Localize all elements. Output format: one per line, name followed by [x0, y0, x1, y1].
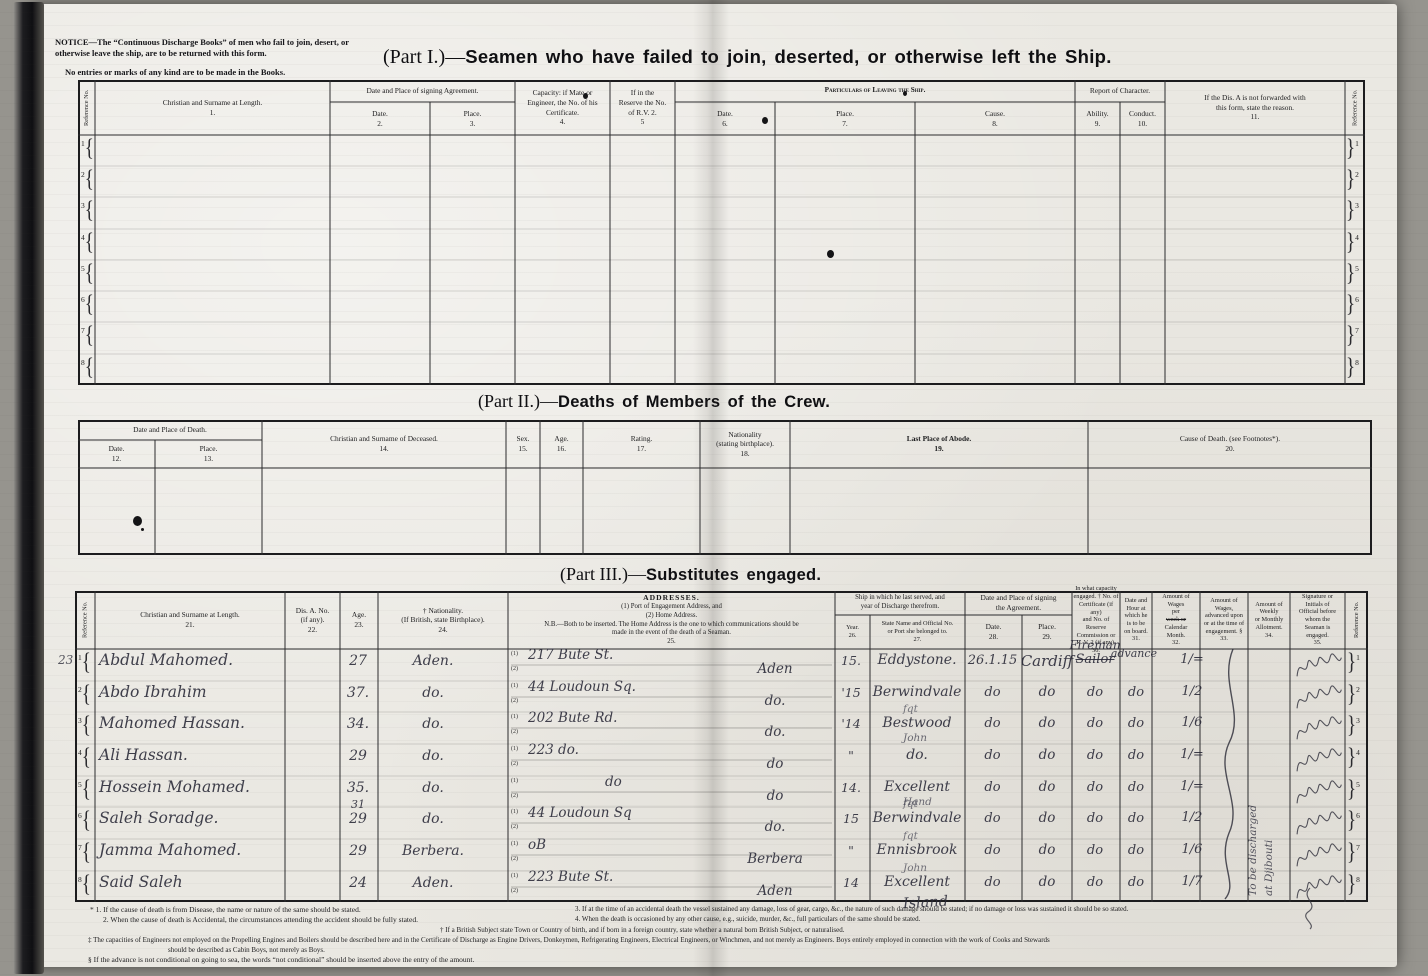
- table-row: 1{ }1: [78, 135, 1365, 166]
- discharge-year: '15: [831, 685, 871, 700]
- age-value: 29: [338, 811, 378, 827]
- row-ref-left: 1{: [78, 653, 91, 673]
- capacity-value: do: [1070, 875, 1120, 890]
- ship-annotation-above: fqt: [903, 798, 918, 810]
- agreement-place-value: do: [1020, 747, 1074, 763]
- part1-title-text: Seamen who have failed to join, deserted…: [465, 46, 1112, 67]
- advance-amount: 1/=: [1165, 652, 1219, 667]
- nationality-value: do.: [378, 748, 488, 764]
- place-header: Place. 3.: [430, 102, 515, 135]
- nationality-header: Nationality (stating birthplace). 18.: [700, 420, 790, 468]
- age-correction: 31: [341, 798, 375, 811]
- row-ref-right: }4: [1347, 748, 1360, 768]
- footnote-dagger: † If a British Subject state Town or Cou…: [440, 926, 844, 934]
- part1-label: (Part I.)—: [383, 46, 465, 68]
- agreement-group-header: Date and Place of signing the Agreement.: [965, 591, 1072, 615]
- row-ref-left: 1{: [81, 139, 94, 159]
- address-line2-label: (2): [511, 824, 518, 830]
- ink-blot: [583, 93, 588, 99]
- reference-no-header-right: Reference No.: [1345, 591, 1368, 649]
- discharge-year: 14: [831, 875, 871, 890]
- agreement-date-value: do: [963, 716, 1022, 731]
- row-ref-right: }7: [1346, 326, 1359, 346]
- address-line1-value: 44 Loudoun Sq: [528, 805, 632, 821]
- seaman-name: Abdo Ibrahim: [99, 683, 289, 701]
- row-ref-right: }8: [1347, 875, 1360, 895]
- ink-blot: [133, 516, 142, 526]
- row-ref-right: }4: [1346, 233, 1359, 253]
- row-ref-left: 5{: [81, 264, 94, 284]
- row-ref-right: }2: [1347, 685, 1360, 705]
- seaman-name: Said Saleh: [99, 873, 289, 891]
- substitute-name-header: Christian and Surname at Length. 21.: [95, 591, 285, 649]
- nationality-value: Aden.: [378, 875, 488, 891]
- ship-name-header: State Name and Official No. or Port she …: [870, 615, 965, 649]
- on-board-value: do: [1118, 875, 1154, 890]
- age-value: 34.: [338, 716, 378, 732]
- age-value: 37.: [338, 685, 378, 701]
- sex-header: Sex. 15.: [506, 420, 540, 468]
- row-ref-left: 4{: [78, 748, 91, 768]
- cause-header: Cause. 8.: [915, 102, 1075, 135]
- signature-overflow: [1298, 886, 1322, 930]
- discharge-year: 15: [831, 811, 871, 826]
- ability-header: Ability. 9.: [1075, 102, 1120, 135]
- ship-annotation-above: John: [903, 862, 927, 874]
- table-row: 4{ Ali Hassan. 29 do. (1) 223 do. (2) do…: [75, 744, 1368, 775]
- nationality-value: Berbera.: [378, 843, 488, 859]
- last-ship-name: Berwindvale: [868, 684, 966, 700]
- address-line2-value: do: [715, 756, 835, 772]
- part2-table: Date and Place of Death. Date. 12. Place…: [78, 420, 1372, 555]
- seaman-name: Ali Hassan.: [99, 746, 289, 764]
- address-line2-label: (2): [511, 698, 518, 704]
- address-line1-label: (1): [511, 651, 518, 657]
- footnote-4: 4. When the death is occasioned by any o…: [575, 915, 920, 923]
- agreement-place-value: do: [1020, 779, 1074, 795]
- reference-no-header-right: Reference No.: [1345, 80, 1365, 135]
- row-ref-right: }7: [1347, 843, 1360, 863]
- agreement-place-value: do: [1020, 842, 1074, 858]
- address-line2-value: do.: [715, 693, 835, 709]
- seaman-name: Mahomed Hassan.: [99, 714, 289, 732]
- capacity-header: Capacity: if Mate or Engineer, the No. o…: [515, 80, 610, 135]
- address-line1-label: (1): [511, 714, 518, 720]
- row-ref-right: }3: [1347, 716, 1360, 736]
- table-row: 8{ Said Saleh 24 Aden. (1) 223 Bute St. …: [75, 871, 1368, 902]
- agreement-date-value: do: [963, 748, 1022, 763]
- table-row: 1{ Abdul Mahomed. 27 Aden. (1) 217 Bute …: [75, 649, 1368, 680]
- capacity-value: do: [1070, 811, 1120, 826]
- agreement-place-value: do: [1020, 874, 1074, 890]
- address-line1-label: (1): [511, 873, 518, 879]
- row-ref-left: 3{: [81, 201, 94, 221]
- address-line1-value: 223 Bute St.: [528, 869, 613, 885]
- part3-label: (Part III.)—: [560, 564, 646, 584]
- row-ref-left: 6{: [78, 811, 91, 831]
- advance-amount: 1/2: [1165, 684, 1219, 699]
- capacity-value: do: [1070, 780, 1120, 795]
- rating-header: Rating. 17.: [583, 420, 700, 468]
- official-signature: [1293, 713, 1345, 743]
- row-ref-left: 5{: [78, 780, 91, 800]
- advance-amount: 1/2: [1165, 810, 1219, 825]
- seaman-name: Jamma Mahomed.: [99, 841, 289, 859]
- notice-line1: NOTICE—The “Continuous Discharge Books” …: [55, 37, 355, 59]
- address-line1-value: 223 do.: [528, 742, 579, 758]
- address-line1-label: (1): [511, 809, 518, 815]
- part2-title-text: Deaths of Members of the Crew.: [558, 393, 830, 411]
- capacity-value: do: [1070, 843, 1120, 858]
- address-line1-label: (1): [511, 683, 518, 689]
- address-line2-label: (2): [511, 666, 518, 672]
- address-line2-label: (2): [511, 888, 518, 894]
- ink-blot: [762, 117, 768, 124]
- on-board-value: do: [1118, 685, 1154, 700]
- footnote-double-dagger: ‡ The capacities of Engineers not employ…: [88, 936, 1050, 944]
- row-ref-right: }3: [1346, 201, 1359, 221]
- advance-header: Amount of Wages, advanced upon or at the…: [1200, 591, 1248, 649]
- part3-table: Reference No. Christian and Surname at L…: [75, 591, 1368, 902]
- death-place-header: Place. 13.: [155, 440, 262, 468]
- reference-no-header-left: Reference No.: [75, 591, 95, 649]
- table-row: 8{ }8: [78, 354, 1365, 385]
- address-line2-value: Aden: [715, 661, 835, 677]
- conduct-header: Conduct. 10.: [1120, 102, 1165, 135]
- address-line1-value: 217 Bute St.: [528, 647, 613, 663]
- footnote-2: 2. When the cause of death is Accidental…: [103, 915, 418, 924]
- nationality-value: do.: [378, 811, 488, 827]
- agreement-place-value: do: [1020, 810, 1074, 826]
- agreement-place-value: Cardiff: [1020, 652, 1074, 670]
- on-board-value: do: [1118, 716, 1154, 731]
- agreement-date-header: Date. 28.: [965, 615, 1022, 649]
- character-group-header: Report of Character.: [1075, 80, 1165, 102]
- ship-annotation-below: John: [903, 732, 927, 744]
- address-line1-value: oB: [528, 837, 546, 853]
- cause-of-death-header: Cause of Death. (see Footnotes*). 20.: [1088, 420, 1372, 468]
- official-signature: [1293, 777, 1345, 807]
- row-ref-right: }1: [1347, 653, 1360, 673]
- last-ship-name: Ennisbrook: [868, 842, 966, 858]
- addresses-header-body: (1) Port of Engagement Address, and (2) …: [544, 603, 799, 647]
- notice-block: NOTICE—The “Continuous Discharge Books” …: [55, 37, 355, 78]
- age-value: 29: [338, 748, 378, 764]
- row-ref-left: 8{: [78, 875, 91, 895]
- table-row: 4{ }4: [78, 229, 1365, 260]
- disa-header: Dis. A. No. (if any). 22.: [285, 591, 340, 649]
- discharge-year: '14: [831, 716, 871, 731]
- nationality-value: do.: [378, 780, 488, 796]
- agreement-date-value: do: [963, 875, 1022, 890]
- row-ref-left: 6{: [81, 295, 94, 315]
- row-ref-right: }6: [1347, 811, 1360, 831]
- agreement-date-value: do: [963, 843, 1022, 858]
- table-row: 2{ }2: [78, 166, 1365, 197]
- last-ship-name: Berwindvale: [868, 810, 966, 826]
- advance-amount: 1/=: [1165, 747, 1219, 762]
- wages-note: advance: [1105, 647, 1163, 660]
- advance-amount: 1/=: [1165, 779, 1219, 794]
- footnote-3: 3. If at the time of an accidental death…: [575, 905, 1128, 913]
- address-line2-label: (2): [511, 761, 518, 767]
- agreement-date-value: do: [963, 780, 1022, 795]
- last-ship-name: Eddystone.: [868, 652, 966, 668]
- official-signature: [1293, 808, 1345, 838]
- table-row: 3{ Mahomed Hassan. 34. do. (1) 202 Bute …: [75, 712, 1368, 743]
- part2-title: (Part II.)—Deaths of Members of the Crew…: [478, 391, 830, 412]
- row-ref-right: }5: [1346, 264, 1359, 284]
- nationality-header: † Nationality. (If British, state Birthp…: [378, 591, 508, 649]
- last-ship-name: do.: [868, 747, 966, 763]
- death-date-header: Date. 12.: [78, 440, 155, 468]
- address-line1-label: (1): [511, 841, 518, 847]
- capacity-value: do: [1070, 716, 1120, 731]
- age-value: 29: [338, 843, 378, 859]
- place7-header: Place. 7.: [775, 102, 915, 135]
- reason-header: If the Dis. A is not forwarded with this…: [1165, 80, 1345, 135]
- agreement-date-value: do: [963, 811, 1022, 826]
- discharge-year: 14.: [831, 780, 871, 795]
- address-line2-value: do.: [715, 819, 835, 835]
- last-ship-group-header: Ship in which he last served, and year o…: [835, 591, 965, 615]
- age-value: 35.: [338, 780, 378, 796]
- ink-blot: [827, 250, 834, 258]
- table-row: 6{ }6: [78, 291, 1365, 322]
- last-ship-name: Bestwood: [868, 715, 966, 731]
- addresses-header: ADDRESSES. (1) Port of Engagement Addres…: [508, 591, 835, 649]
- table-row: 2{ Abdo Ibrahim 37. do. (1) 44 Loudoun S…: [75, 681, 1368, 712]
- agreement-place-value: do: [1020, 684, 1074, 700]
- age-header: Age. 16.: [540, 420, 583, 468]
- part1-title: (Part I.)—Seamen who have failed to join…: [383, 46, 1112, 69]
- address-line2-value: Aden: [715, 883, 835, 899]
- on-board-value: do: [1118, 811, 1154, 826]
- name-header: Christian and Surname at Length. 1.: [95, 80, 330, 135]
- row-ref-right: }5: [1347, 780, 1360, 800]
- reference-no-header-left: Reference No.: [78, 80, 95, 135]
- on-board-value: do: [1118, 780, 1154, 795]
- official-signature: [1293, 650, 1345, 680]
- allotment-header: Amount of Weekly or Monthly Allotment. 3…: [1248, 591, 1290, 649]
- address-line2-value: do: [715, 788, 835, 804]
- row-ref-right: }6: [1346, 295, 1359, 315]
- part1-table: Reference No. Christian and Surname at L…: [78, 80, 1365, 385]
- row-ref-left: 8{: [81, 358, 94, 378]
- wages-header-struck: week or: [1166, 616, 1186, 624]
- address-line1-label: (1): [511, 746, 518, 752]
- table-row: 3{ }3: [78, 197, 1365, 228]
- address-line1-value: 202 Bute Rd.: [528, 710, 617, 726]
- wages-header-b: Calendar Month. 32.: [1165, 624, 1188, 647]
- discharge-year: 15.: [831, 653, 871, 668]
- table-row: 7{ Jamma Mahomed. 29 Berbera. (1) oB (2)…: [75, 839, 1368, 870]
- age-value: 24: [338, 875, 378, 891]
- ship-annotation-above: fqt: [903, 830, 918, 842]
- address-line2-label: (2): [511, 729, 518, 735]
- abode-header: Last Place of Abode. 19.: [790, 420, 1088, 468]
- address-line2-label: (2): [511, 793, 518, 799]
- table-row: 6{ Saleh Soradge. 29 31 do. (1) 44 Loudo…: [75, 807, 1368, 838]
- address-line2-label: (2): [511, 856, 518, 862]
- row-ref-right: }2: [1346, 170, 1359, 190]
- address-line2-value: do.: [715, 724, 835, 740]
- row-ref-left: 7{: [78, 843, 91, 863]
- row-ref-left: 3{: [78, 716, 91, 736]
- seaman-name: Hossein Mohamed.: [99, 778, 289, 796]
- footnote-double-dagger-cont: should be described as Cabin Boys, not m…: [168, 946, 325, 954]
- row-ref-right: }1: [1346, 139, 1359, 159]
- agreement-group-header: Date and Place of signing Agreement.: [330, 80, 515, 102]
- nationality-value: Aden.: [378, 653, 488, 669]
- row-ref-right: }8: [1346, 358, 1359, 378]
- page-binding-shadow: [13, 2, 44, 974]
- part2-label: (Part II.)—: [478, 391, 558, 411]
- age-header: Age. 23.: [340, 591, 378, 649]
- row-ref-left: 7{: [81, 326, 94, 346]
- row-ref-left: 4{: [81, 233, 94, 253]
- capacity-value: do: [1070, 685, 1120, 700]
- discharge-year: ": [831, 843, 871, 858]
- official-signature: [1293, 745, 1345, 775]
- scanned-crew-agreement-form: NOTICE—The “Continuous Discharge Books” …: [0, 0, 1428, 976]
- seaman-name: Abdul Mahomed.: [99, 651, 289, 669]
- addresses-header-title: ADDRESSES.: [643, 593, 700, 603]
- year-header: Year. 26.: [835, 615, 870, 649]
- on-board-value: do: [1118, 843, 1154, 858]
- capacity-value: do: [1070, 748, 1120, 763]
- footnote-1: * 1. If the cause of death is from Disea…: [90, 905, 361, 914]
- official-signature: [1293, 840, 1345, 870]
- agreement-date-value: do: [963, 685, 1022, 700]
- nationality-value: do.: [378, 685, 488, 701]
- discharge-year: ": [831, 748, 871, 763]
- age-value: 27: [338, 653, 378, 669]
- official-signature: [1293, 682, 1345, 712]
- date6-header: Date. 6.: [675, 102, 775, 135]
- address-line1-label: (1): [511, 778, 518, 784]
- advance-amount: 1/6: [1165, 715, 1219, 730]
- row-ref-left: 2{: [78, 685, 91, 705]
- margin-note: 23: [58, 653, 73, 667]
- address-line1-value: do: [605, 774, 622, 790]
- part3-title: (Part III.)—Substitutes engaged.: [560, 564, 821, 585]
- ship-annotation-above: fqt: [903, 703, 918, 715]
- last-ship-name: Excellent: [868, 779, 966, 795]
- row-ref-left: 2{: [81, 170, 94, 190]
- footnote-section: § If the advance is not conditional on g…: [88, 955, 474, 964]
- deceased-name-header: Christian and Surname of Deceased. 14.: [262, 420, 506, 468]
- notice-line2: No entries or marks of any kind are to b…: [65, 67, 355, 78]
- agreement-place-value: do: [1020, 715, 1074, 731]
- table-row: 7{ }7: [78, 322, 1365, 353]
- table-row: 5{ }5: [78, 260, 1365, 291]
- leaving-group-header: Particulars of Leaving the Ship.: [675, 80, 1075, 102]
- wages-header-a: Amount of Wages per: [1162, 593, 1189, 616]
- address-line2-value: Berbera: [715, 851, 835, 867]
- part3-title-text: Substitutes engaged.: [646, 566, 821, 584]
- nationality-value: do.: [378, 716, 488, 732]
- on-board-value: do: [1118, 748, 1154, 763]
- advance-amount: 1/7: [1165, 874, 1219, 889]
- advance-amount: 1/6: [1165, 842, 1219, 857]
- agreement-date-value: 26.1.15: [963, 653, 1022, 668]
- address-line1-value: 44 Loudoun Sq.: [528, 679, 636, 695]
- table-row: 5{ Hossein Mohamed. 35. do. (1) do (2) d…: [75, 776, 1368, 807]
- last-ship-name: Excellent: [868, 874, 966, 890]
- seaman-name: Saleh Soradge.: [99, 809, 289, 827]
- wages-header: Amount of Wages per week or Calendar Mon…: [1152, 591, 1200, 649]
- signature-header: Signature or Initials of Official before…: [1290, 591, 1345, 649]
- ink-blot: [141, 528, 144, 531]
- ink-blot: [903, 91, 907, 96]
- date-header: Date. 2.: [330, 102, 430, 135]
- reserve-header: If in the Reserve the No. of R.V. 2. 5: [610, 80, 675, 135]
- death-group-header: Date and Place of Death.: [78, 420, 262, 440]
